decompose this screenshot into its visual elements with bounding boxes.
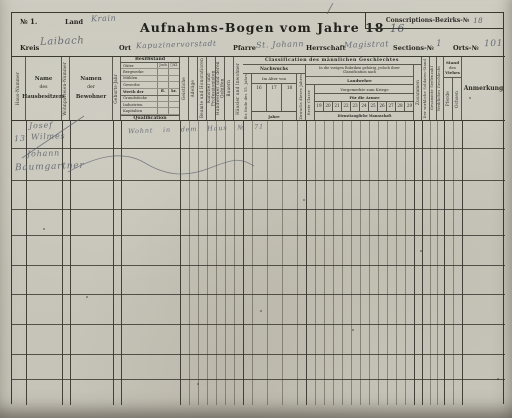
paper-speck xyxy=(352,329,354,331)
age-column-label: 28 xyxy=(397,104,402,109)
inhabitants-line1: Namen xyxy=(76,75,106,85)
under-15-label: Bis Ende des 15. Jahrs xyxy=(245,74,249,119)
livestock-title: Stand des Viehes xyxy=(444,57,461,78)
age-16-18-group: Im Alter von 161718 Jahre xyxy=(252,74,297,120)
property-cell xyxy=(157,82,168,87)
classified-note: In die vorigen Rubriken gehörig, jedoch … xyxy=(306,65,413,77)
remarks-label: Anmerkung xyxy=(464,85,503,92)
column-birth-year: Geburts-Jahr xyxy=(113,57,121,120)
grid-vline xyxy=(216,121,217,405)
under-15-column: Bis Ende des 15. Jahrs xyxy=(243,74,252,120)
property-cell xyxy=(168,69,179,74)
grid-vline xyxy=(430,121,431,405)
class-column-label: Handwerker und deren Gehilfen xyxy=(216,57,225,120)
fuer-armee-label: Für die Armee xyxy=(315,94,414,102)
property-cell xyxy=(157,69,168,74)
grid-vline xyxy=(396,121,397,405)
grid-vline xyxy=(252,121,253,405)
entry-lastname-1: Wilmes xyxy=(31,131,66,141)
grid-vline xyxy=(437,121,438,405)
paper-speck xyxy=(197,383,199,385)
column-house-number-label: Haus-Nummer xyxy=(16,72,20,105)
column-house-owner: Name des Hausbesitzers xyxy=(26,57,62,120)
column-household-number-label: Wohnparteien-Nummer xyxy=(63,62,67,116)
age-column: 23 xyxy=(351,102,360,111)
property-cell xyxy=(168,82,179,87)
grid-vline xyxy=(225,121,226,405)
livestock-box: Stand des Viehes PferdeOchsen xyxy=(444,57,462,120)
paper-speck xyxy=(469,97,471,99)
class-column-label: Adelige xyxy=(191,80,195,97)
age-column: 26 xyxy=(378,102,387,111)
grid-hline xyxy=(12,180,505,181)
souls-column: Gesammte Seelenzahl xyxy=(430,57,437,120)
class-column: Adelige xyxy=(189,57,198,120)
value-cell xyxy=(157,102,168,107)
property-row-label: Bergwerke xyxy=(121,70,157,74)
grid-vline xyxy=(234,121,235,405)
property-row-label: Mühlen xyxy=(121,76,157,80)
unit-klafter: □Kl. xyxy=(168,63,179,68)
year-column-label: 17 xyxy=(271,86,276,91)
age-column: 19 xyxy=(315,102,324,111)
livestock-columns: PferdeOchsen xyxy=(444,78,461,120)
age-columns: 1920212223242526272829 xyxy=(315,102,414,111)
column-inhabitants: Namen der Bewohner xyxy=(70,57,113,120)
property-cell xyxy=(157,76,168,81)
age-column: 28 xyxy=(396,102,405,111)
age-column-label: 20 xyxy=(325,104,330,109)
owner-line3: Hausbesitzers xyxy=(22,93,65,103)
paper-speck xyxy=(260,310,262,312)
age-column-label: 23 xyxy=(352,104,357,109)
grid-vline xyxy=(378,121,379,405)
class-column: Handwerker und deren Gehilfen xyxy=(216,57,225,120)
grid-vline xyxy=(243,121,244,405)
entry-firstname-2: Johann xyxy=(27,148,60,158)
age-column-label: 29 xyxy=(407,104,412,109)
soldier-stand-column: Der wirkliche Soldaten-Stand xyxy=(422,57,430,120)
class-column-label: Häusler und Inwohner xyxy=(236,63,240,115)
value-row-label: Grundstücke xyxy=(121,96,157,100)
grid-vline xyxy=(414,121,415,405)
age-column-label: 21 xyxy=(334,104,339,109)
value-row-label: Kapitalien xyxy=(121,109,157,113)
female-label: Weibliches Geschlecht xyxy=(438,66,442,111)
year-column-label: 18 xyxy=(287,86,292,91)
age-column: 22 xyxy=(342,102,351,111)
class-column-label: Beamte und Honoratioren xyxy=(200,58,204,118)
jahre-label: Jahre xyxy=(252,111,296,120)
class-column-label: Geistliche xyxy=(182,77,186,100)
paper-speck xyxy=(148,57,150,59)
class-column-label: Bauern xyxy=(227,80,231,97)
year-column: 18 xyxy=(282,84,297,111)
increase-label: Zuwachs dieses Jahres xyxy=(300,74,304,120)
grid-hline xyxy=(12,265,505,266)
grid-vline xyxy=(282,121,283,405)
grid-hline xyxy=(12,235,505,236)
grid-hline xyxy=(12,294,505,295)
value-cell xyxy=(168,96,179,101)
column-inhabitants-label: Namen der Bewohner xyxy=(76,75,106,103)
grid-vline xyxy=(113,121,114,405)
grid-vline xyxy=(453,121,454,405)
owner-line2: des xyxy=(22,84,65,92)
grid-vline xyxy=(315,121,316,405)
grid-vline xyxy=(351,121,352,405)
remarks-column: Anmerkung xyxy=(462,57,505,120)
im-alter-von-label: Im Alter von xyxy=(252,74,296,84)
grid-vline xyxy=(121,121,122,405)
souls-label: Gesammte Seelenzahl xyxy=(431,66,435,110)
value-title: Werth der xyxy=(121,90,157,94)
total-column: Zusammen xyxy=(414,65,422,120)
grid-hline xyxy=(12,324,505,325)
value-header: Werth der fl. kr. xyxy=(121,89,179,96)
paper-speck xyxy=(43,228,45,230)
first-class-column: Erste Classe xyxy=(306,85,315,120)
age-column: 20 xyxy=(324,102,333,111)
livestock-column: Pferde xyxy=(444,78,453,120)
paper-speck xyxy=(303,199,305,201)
age-column-label: 22 xyxy=(343,104,348,109)
soldier-stand-label: Der wirkliche Soldaten-Stand xyxy=(424,59,428,118)
total-label: Zusammen xyxy=(416,80,420,105)
value-row-label: Industrien xyxy=(121,103,157,107)
livestock-column: Ochsen xyxy=(453,78,462,120)
grid-vline xyxy=(297,121,298,405)
age-column: 29 xyxy=(405,102,414,111)
owner-line1: Name xyxy=(22,75,65,85)
first-class-label: Erste Classe xyxy=(308,90,312,115)
grid-hline xyxy=(12,148,505,149)
grid-vline xyxy=(207,121,208,405)
column-birth-year-label: Geburts-Jahr xyxy=(114,74,118,104)
property-cell xyxy=(168,76,179,81)
age-column: 27 xyxy=(387,102,396,111)
entry-house-number: 13 xyxy=(14,134,26,143)
class-column: Bauern xyxy=(225,57,234,120)
age-column-label: 25 xyxy=(370,104,375,109)
year-column: 16 xyxy=(252,84,267,111)
nachwuchs-group: Nachwuchs Bis Ende des 15. Jahrs Im Alte… xyxy=(243,65,306,120)
grid-vline xyxy=(342,121,343,405)
livestock-column-label: Ochsen xyxy=(455,91,459,108)
grid-hline xyxy=(12,354,505,355)
vorgemerkt-label: Vorgemerkte zum Kriege xyxy=(315,85,414,94)
female-column: Weibliches Geschlecht xyxy=(437,57,444,120)
form-sheet: № 1. Land Krain Aufnahms-Bogen vom Jahre… xyxy=(11,12,504,404)
year-column-label: 16 xyxy=(256,86,261,91)
age-column-label: 24 xyxy=(361,104,366,109)
value-cell xyxy=(157,108,168,113)
age-column: 21 xyxy=(333,102,342,111)
property-row-label: Gewerbe xyxy=(121,83,157,87)
table-header: Haus-Nummer Name des Hausbesitzers Wohnp… xyxy=(12,56,505,121)
grid-vline xyxy=(198,121,199,405)
class-column: Häusler und Inwohner xyxy=(234,57,243,120)
class-columns: GeistlicheAdeligeBeamte und Honoratioren… xyxy=(180,57,243,120)
grid-hline xyxy=(12,209,505,210)
entry-firstname-1: Josef xyxy=(29,121,53,131)
property-row-label: Güter xyxy=(121,64,157,68)
nachwuchs-title: Nachwuchs xyxy=(243,65,305,74)
year-columns: 161718 xyxy=(252,84,296,111)
year-column: 17 xyxy=(267,84,282,111)
age-column-label: 19 xyxy=(316,104,321,109)
value-cell xyxy=(157,96,168,101)
grid-vline xyxy=(422,121,423,405)
grid-vline xyxy=(462,121,463,405)
grid-vline xyxy=(387,121,388,405)
age-column-label: 27 xyxy=(388,104,393,109)
unit-fl: fl. xyxy=(157,89,168,95)
grid-vline xyxy=(189,121,190,405)
value-cell xyxy=(168,102,179,107)
inhabitants-line3: Bewohner xyxy=(76,93,106,103)
classification-block: Classification des männlichen Geschlecht… xyxy=(243,57,422,120)
age-column: 24 xyxy=(360,102,369,111)
grid-vline xyxy=(333,121,334,405)
paper-speck xyxy=(86,296,88,298)
grid-vline xyxy=(267,121,268,405)
grid-vline xyxy=(180,121,181,405)
column-house-owner-label: Name des Hausbesitzers xyxy=(22,75,65,103)
inhabitants-line2: der xyxy=(76,84,106,92)
livestock-column-label: Pferde xyxy=(446,91,450,106)
property-box: Besitzstand Güter Joch □Kl. Bergwerke Mü… xyxy=(121,57,180,120)
mannschaft-label: Diensttaugliche Mannschaft xyxy=(315,111,414,120)
grid-vline xyxy=(306,121,307,405)
paper-speck xyxy=(420,250,422,252)
age-column: 25 xyxy=(369,102,378,111)
class-column: Geistliche xyxy=(180,57,189,120)
grid-vline xyxy=(324,121,325,405)
unit-joch: Joch xyxy=(157,63,168,68)
paper-speck xyxy=(497,378,499,380)
qualification-label: Qualification xyxy=(121,115,179,121)
unit-kr: kr. xyxy=(168,89,179,95)
grid-vline xyxy=(369,121,370,405)
grid-vline xyxy=(405,121,406,405)
column-household-number: Wohnparteien-Nummer xyxy=(62,57,70,120)
classification-title: Classification des männlichen Geschlecht… xyxy=(243,57,421,65)
age-column-label: 26 xyxy=(379,104,384,109)
landwehre-label: Landwehre xyxy=(306,77,413,85)
increase-column: Zuwachs dieses Jahres xyxy=(297,74,306,120)
grid-hline xyxy=(12,379,505,380)
grid-vline xyxy=(360,121,361,405)
classified-group: In die vorigen Rubriken gehörig, jedoch … xyxy=(306,65,414,120)
scanned-census-form: № 1. Land Krain Aufnahms-Bogen vom Jahre… xyxy=(0,0,512,418)
value-mini-table: Werth der fl. kr. Grundstücke Industrien… xyxy=(121,89,179,115)
army-group: Vorgemerkte zum Kriege Für die Armee 192… xyxy=(315,85,414,120)
property-mini-table: Güter Joch □Kl. Bergwerke Mühlen Gewerbe xyxy=(121,63,179,89)
livestock-title-3: Viehes xyxy=(445,70,460,75)
grid-vline xyxy=(444,121,445,405)
value-cell xyxy=(168,108,179,113)
